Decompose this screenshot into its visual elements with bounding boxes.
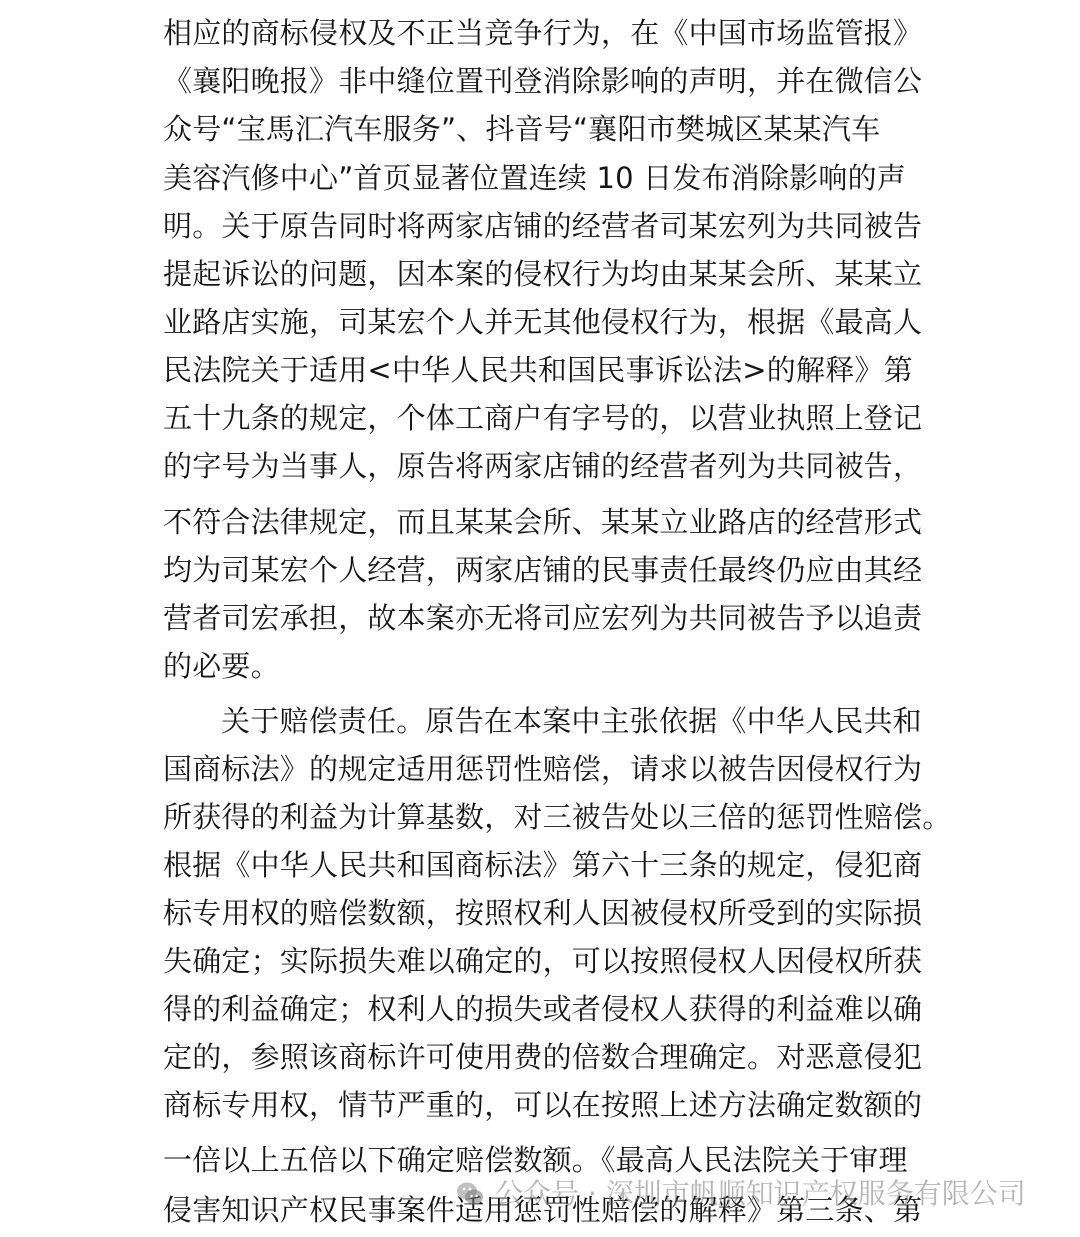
text-line: 五十九条的规定，个体工商户有字号的，以营业执照上登记 — [163, 394, 922, 442]
text-line: 根据《中华人民共和国商标法》第六十三条的规定，侵犯商 — [163, 841, 922, 889]
text-line-indented: 关于赔偿责任。原告在本案中主张依据《中华人民共和 — [221, 697, 922, 745]
document-page: 相应的商标侵权及不正当竞争行为，在《中国市场监管报》 《襄阳晚报》非中缝位置刊登… — [0, 0, 1080, 1237]
text-line: 所获得的利益为计算基数，对三被告处以三倍的惩罚性赔偿。 — [163, 793, 951, 841]
text-line: 营者司宏承担，故本案亦无将司应宏列为共同被告予以追责 — [163, 594, 922, 642]
text-line: 的字号为当事人，原告将两家店铺的经营者列为共同被告， — [163, 442, 922, 490]
text-line: 业路店实施，司某宏个人并无其他侵权行为，根据《最高人 — [163, 298, 922, 346]
text-line: 侵害知识产权民事案件适用惩罚性赔偿的解释》第三条、第 — [163, 1186, 922, 1234]
text-line: 均为司某宏个人经营，两家店铺的民事责任最终仍应由其经 — [163, 546, 922, 594]
text-line: 商标专用权，情节严重的，可以在按照上述方法确定数额的 — [163, 1081, 922, 1129]
text-line: 提起诉讼的问题，因本案的侵权行为均由某某会所、某某立 — [163, 250, 922, 298]
text-line: 明。关于原告同时将两家店铺的经营者司某宏列为共同被告 — [163, 202, 922, 250]
text-line: 国商标法》的规定适用惩罚性赔偿，请求以被告因侵权行为 — [163, 745, 922, 793]
text-line: 的必要。 — [163, 642, 280, 690]
text-line: 相应的商标侵权及不正当竞争行为，在《中国市场监管报》 — [163, 9, 922, 57]
text-line: 民法院关于适用<中华人民共和国民事诉讼法>的解释》第 — [163, 346, 913, 394]
text-line: 众号“宝馬汇汽车服务”、抖音号“襄阳市樊城区某某汽车 — [163, 105, 880, 153]
text-line: 一倍以上五倍以下确定赔偿数额。《最高人民法院关于审理 — [163, 1136, 908, 1184]
text-line: 不符合法律规定，而且某某会所、某某立业路店的经营形式 — [163, 498, 922, 546]
text-line: 标专用权的赔偿数额，按照权利人因被侵权所受到的实际损 — [163, 889, 922, 937]
text-line: 失确定；实际损失难以确定的，可以按照侵权人因侵权所获 — [163, 937, 922, 985]
text-line: 得的利益确定；权利人的损失或者侵权人获得的利益难以确 — [163, 985, 922, 1033]
text-line: 美容汽修中心”首页显著位置连续 10 日发布消除影响的声 — [163, 154, 906, 202]
text-line: 定的，参照该商标许可使用费的倍数合理确定。对恶意侵犯 — [163, 1033, 922, 1081]
text-line: 《襄阳晚报》非中缝位置刊登消除影响的声明，并在微信公 — [163, 57, 922, 105]
